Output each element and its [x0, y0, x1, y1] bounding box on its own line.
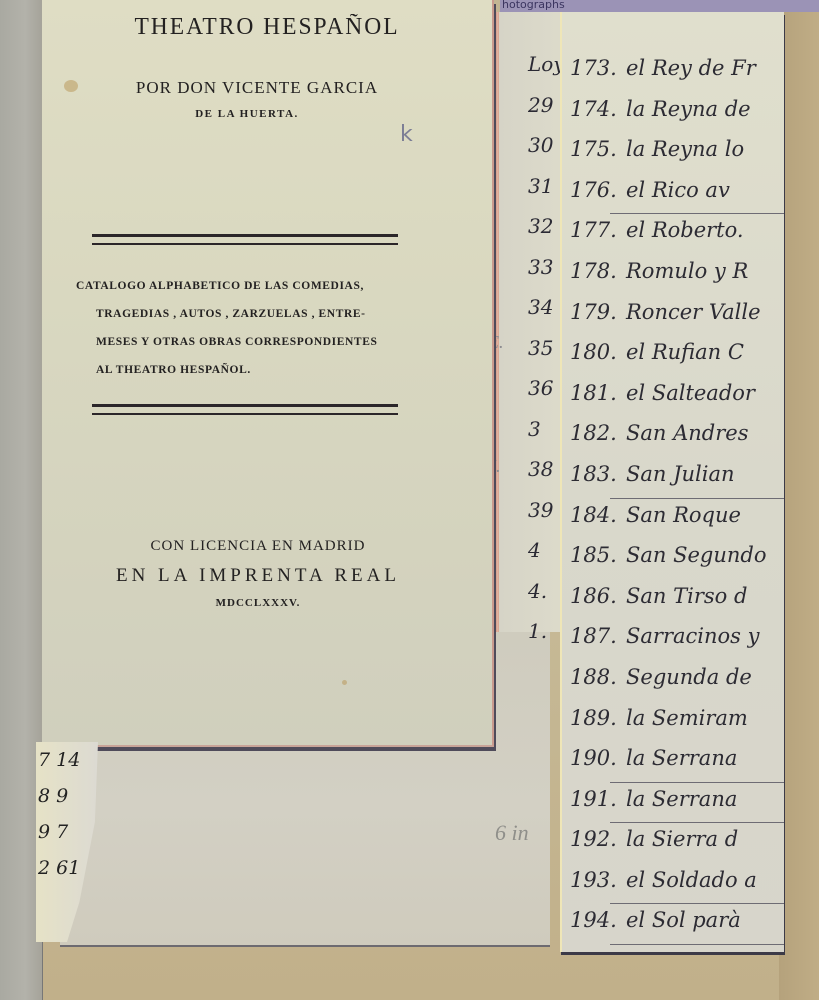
item-number: 182. — [570, 421, 626, 445]
license-line: CON LICENCIA EN MADRID — [42, 538, 492, 555]
item-title: la Serrana — [626, 746, 737, 770]
author-line: POR DON VICENTE GARCIA — [42, 78, 472, 98]
item-title: la Serrana — [626, 787, 737, 811]
item-number: 175. — [570, 137, 626, 161]
catalog-line: TRAGEDIAS , AUTOS , ZARZUELAS , ENTRE- — [76, 300, 406, 328]
fragment-digits: 8 9 — [36, 778, 98, 814]
item-title: el Rufian C — [626, 340, 744, 364]
list-item: 179.Roncer Valle — [570, 300, 767, 341]
pencil-annotation: k — [400, 122, 413, 147]
item-number: 195. — [570, 949, 626, 952]
item-title: la Reyna lo — [626, 137, 744, 161]
item-title: el Roberto. — [626, 218, 744, 242]
list-item: 180.el Rufian C — [570, 340, 767, 381]
list-item: 189.la Semiram — [570, 706, 767, 747]
right-board-edge — [779, 0, 819, 1000]
list-item: 184.San Roque — [570, 503, 767, 544]
item-number: 191. — [570, 787, 626, 811]
tab-label: hotographs — [502, 0, 565, 11]
list-item: 178.Romulo y R — [570, 259, 767, 300]
item-title: la Sierra d — [626, 827, 738, 851]
item-number: 183. — [570, 462, 626, 486]
catalog-line: AL THEATRO HESPAÑOL. — [76, 356, 406, 384]
item-title: San Andres — [626, 421, 748, 445]
catalog-description: CATALOGO ALPHABETICO DE LAS COMEDIAS, TR… — [76, 272, 406, 384]
list-item: 176.el Rico av — [570, 178, 767, 219]
item-number: 176. — [570, 178, 626, 202]
item-number: 181. — [570, 381, 626, 405]
list-item: 174.la Reyna de — [570, 97, 767, 138]
item-number: 193. — [570, 868, 626, 892]
printed-title-page: THEATRO HESPAÑOL POR DON VICENTE GARCIA … — [42, 0, 494, 747]
item-number: 186. — [570, 584, 626, 608]
item-number: 173. — [570, 56, 626, 80]
item-number: 185. — [570, 543, 626, 567]
item-title: Romulo y R — [626, 259, 748, 283]
red-margin-rule — [496, 12, 499, 632]
item-number: 177. — [570, 218, 626, 242]
item-title: Roncer Valle — [626, 300, 761, 324]
item-title: San Tirso d — [626, 584, 747, 608]
list-item: 185.San Segundo — [570, 543, 767, 584]
foxing-stain — [342, 680, 347, 685]
list-item: 194.el Sol parà — [570, 908, 767, 949]
item-number: 194. — [570, 908, 626, 932]
purple-label-tab: hotographs — [500, 0, 819, 12]
item-title: San Julian — [626, 462, 735, 486]
page-title: THEATRO HESPAÑOL — [47, 14, 488, 41]
list-item: 191.la Serrana — [570, 787, 767, 828]
item-title: Segunda de — [626, 665, 752, 689]
item-number: 174. — [570, 97, 626, 121]
list-item: 182.San Andres — [570, 421, 767, 462]
item-title: San Roque — [626, 503, 741, 527]
list-item: 186.San Tirso d — [570, 584, 767, 625]
imprenta-line: EN LA IMPRENTA REAL — [42, 565, 492, 587]
double-rule-top — [92, 234, 398, 245]
author-line-2: DE LA HUERTA. — [42, 108, 452, 120]
item-title: el Salteador — [626, 381, 755, 405]
list-item: 183.San Julian — [570, 462, 767, 503]
item-number: 187. — [570, 624, 626, 648]
item-title: la Reyna de — [626, 97, 751, 121]
item-number: 190. — [570, 746, 626, 770]
publication-year: MDCCLXXXV. — [42, 597, 492, 609]
item-number: 184. — [570, 503, 626, 527]
item-number: 189. — [570, 706, 626, 730]
list-item: 195. — [570, 949, 767, 952]
list-item: 193.el Soldado a — [570, 868, 767, 909]
item-title: el Sol parà — [626, 908, 741, 932]
item-title: la Semiram — [626, 706, 748, 730]
catalog-line: CATALOGO ALPHABETICO DE LAS COMEDIAS, — [76, 272, 406, 300]
fragment-digits: 7 14 — [36, 742, 98, 778]
item-title: San Segundo — [626, 543, 767, 567]
list-item: 187.Sarracinos y — [570, 624, 767, 665]
item-number: 179. — [570, 300, 626, 324]
list-item: 188.Segunda de — [570, 665, 767, 706]
item-number: 180. — [570, 340, 626, 364]
item-number: 192. — [570, 827, 626, 851]
handwritten-list-sheet: 173.el Rey de Fr 174.la Reyna de 175.la … — [560, 12, 784, 952]
catalog-line: MESES Y OTRAS OBRAS CORRESPONDIENTES — [76, 328, 406, 356]
handwritten-list: 173.el Rey de Fr 174.la Reyna de 175.la … — [570, 56, 767, 952]
item-number: 188. — [570, 665, 626, 689]
fragment-digits: 9 7 — [36, 814, 98, 850]
double-rule-bottom — [92, 404, 398, 415]
list-item: 175.la Reyna lo — [570, 137, 767, 178]
list-item: 181.el Salteador — [570, 381, 767, 422]
middle-ledger-sheet: E. I. Loy 29 30 31 32 33 34 35 36 3 38 3… — [488, 12, 568, 632]
list-item: 190.la Serrana — [570, 746, 767, 787]
item-title: Sarracinos y — [626, 624, 759, 648]
item-title: el Soldado a — [626, 868, 757, 892]
item-title: el Rico av — [626, 178, 730, 202]
item-number: 178. — [570, 259, 626, 283]
list-item: 192.la Sierra d — [570, 827, 767, 868]
item-title: el Rey de Fr — [626, 56, 756, 80]
list-item: 177.el Roberto. — [570, 218, 767, 259]
list-item: 173.el Rey de Fr — [570, 56, 767, 97]
pencil-mark: 6 in — [495, 820, 529, 846]
